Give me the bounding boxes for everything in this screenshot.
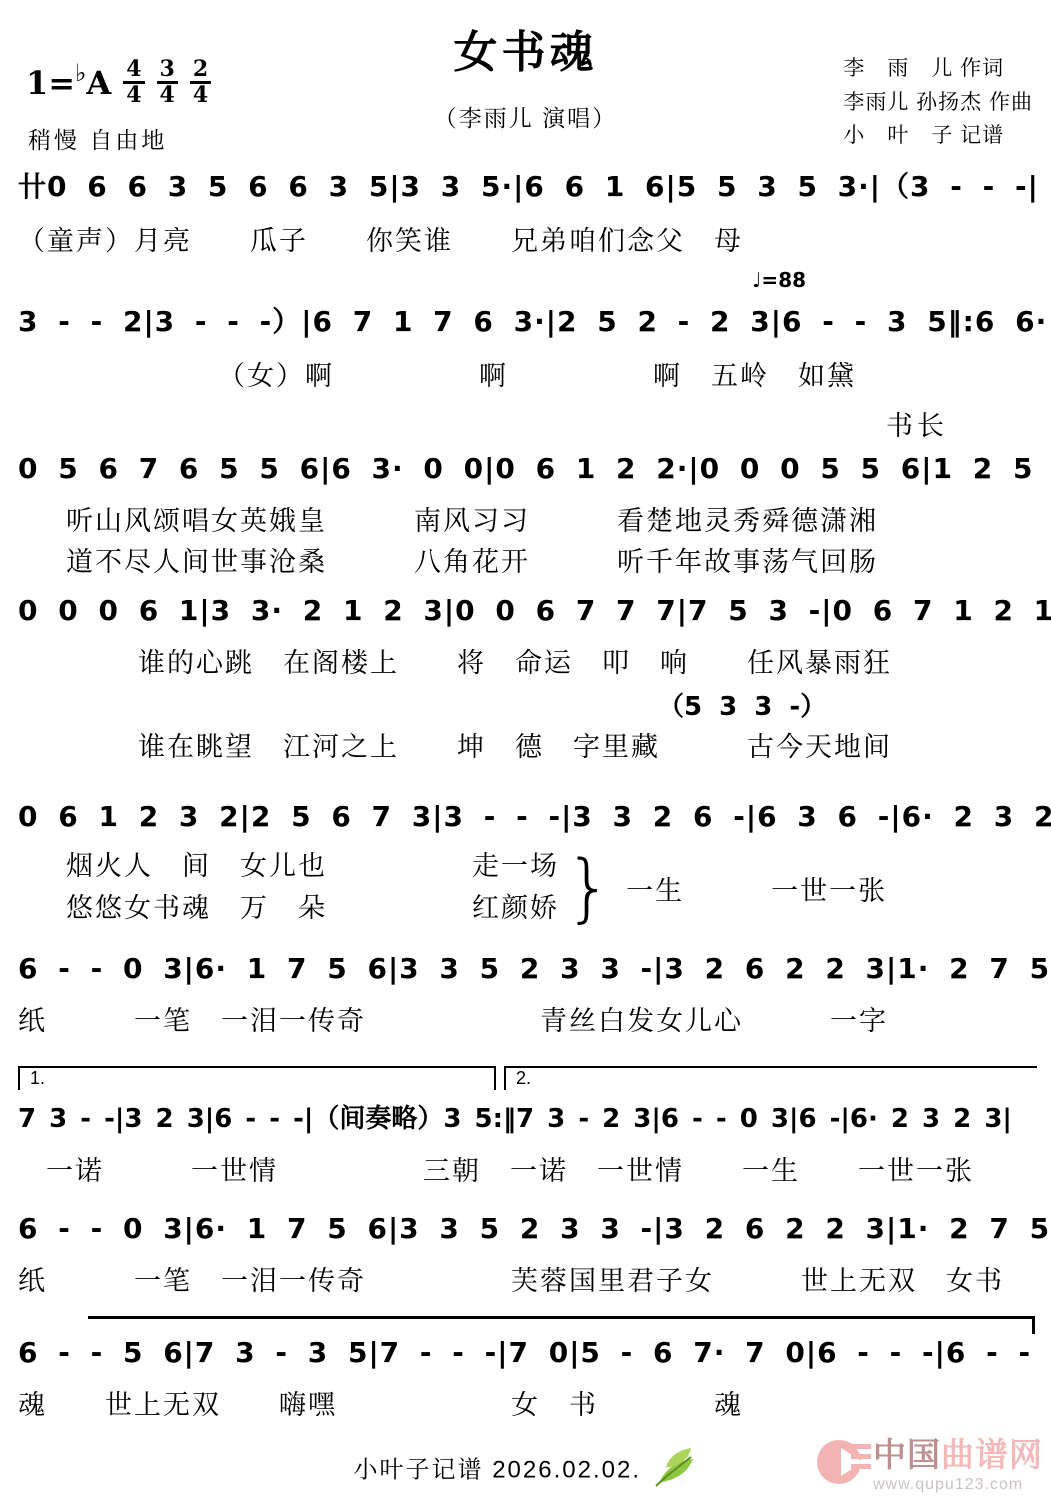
lyrics-line-verse2: 道不尽人间世事沧桑 八角花开 听千年故事荡气回肠 — [18, 540, 1037, 579]
site-name-secondary: 曲谱网 — [941, 1436, 1043, 1473]
lyrics-line-verse2: 谁在眺望 江河之上 坤 德 字里藏 古今天地间 — [18, 725, 1037, 764]
site-name-primary: 中国 — [873, 1436, 941, 1473]
music-system-4: 0 0 0 6 1|3 3· 2 1 2 3|0 0 6 7 7 7|7 5 3… — [18, 594, 1037, 764]
brace-glyph: } — [565, 845, 612, 931]
sheet-music-page: 女书魂 （李雨儿 演唱） 1=♭A 4 4 3 4 2 4 稍慢 自由地 李 雨… — [0, 0, 1051, 1501]
notes-line: 卄0 6 6 3 5 6 6 3 5|3 3 5·|6 6 1 6|5 5 3 … — [18, 165, 1037, 205]
lyrics-line: （女）啊 啊 啊 五岭 如黛 — [18, 354, 1037, 393]
lyrics-line-verse2: 悠悠女书魂 万 朵 红颜娇 — [66, 888, 559, 930]
volta-brackets: 1. 2. — [18, 1066, 1037, 1090]
music-system-7: 1. 2. 7 3 - -|3 2 3|6 - - -|（间奏略）3 5:‖7 … — [18, 1066, 1037, 1188]
metronome-mark: ♩=88 — [752, 268, 806, 292]
notes-line: 6 - - 5 6|7 3 - 3 5|7 - - -|7 0|5 - 6 7·… — [18, 1336, 1037, 1369]
music-system-8: 6 - - 0 3|6· 1 7 5 6|3 3 5 2 3 3 -|3 2 6… — [18, 1212, 1037, 1298]
lyrics-block: 烟火人 间 女儿也 走一场 悠悠女书魂 万 朵 红颜娇 } 一生 一世一张 — [18, 845, 1037, 931]
notes-line: 6 - - 0 3|6· 1 7 5 6|3 3 5 2 3 3 -|3 2 6… — [18, 952, 1037, 985]
site-watermark: 中国曲谱网 www.qupu123.com — [817, 1438, 1043, 1493]
music-system-3: 0 5 6 7 6 5 5 6|6 3· 0 0|0 6 1 2 2·|0 0 … — [18, 452, 1037, 579]
lyrics-line: （童声）月亮 瓜子 你笑谁 兄弟咱们念父 母 — [18, 219, 1037, 258]
lyrics-line: 魂 世上无双 嗨嘿 女 书 魂 — [18, 1383, 1037, 1422]
site-url: www.qupu123.com — [873, 1477, 1043, 1493]
composer-credit: 李雨儿 孙扬杰 作曲 — [843, 86, 1033, 120]
qupu-logo-icon — [817, 1438, 867, 1488]
lyrics-line-verse1: 谁的心跳 在阁楼上 将 命运 叩 响 任风暴雨狂 — [18, 641, 1037, 680]
lyrics-line: 一诺 一世情 三朝 一诺 一世情 一生 一世一张 — [18, 1149, 1037, 1188]
flat-icon: ♭ — [75, 58, 86, 87]
leaf-icon — [649, 1446, 697, 1488]
notes-line: 0 0 0 6 1|3 3· 2 1 2 3|0 0 6 7 7 7|7 5 3… — [18, 594, 1037, 627]
notes-line: 0 5 6 7 6 5 5 6|6 3· 0 0|0 6 1 2 2·|0 0 … — [18, 452, 1037, 485]
music-system-9: 6 - - 5 6|7 3 - 3 5|7 - - -|7 0|5 - 6 7·… — [18, 1316, 1037, 1422]
volta-2-bracket: 2. — [504, 1066, 1037, 1090]
credits-block: 李 雨 儿 作词 李雨儿 孙扬杰 作曲 小 叶 子 记谱 — [843, 52, 1033, 153]
transcription-credit: 小叶子记谱 2026.02.02. — [354, 1457, 641, 1484]
key-signature: 1=♭A 4 4 3 4 2 4 — [26, 58, 211, 107]
lyrics-line-verse1: 烟火人 间 女儿也 走一场 — [66, 846, 559, 888]
notes-line: 3 - - 2|3 - - -）|6 7 1 7 6 3·|2 5 2 - 2 … — [18, 300, 1037, 340]
lyrics-column: 烟火人 间 女儿也 走一场 悠悠女书魂 万 朵 红颜娇 — [66, 846, 559, 930]
inline-notes: （5 3 3 -） — [658, 686, 1037, 723]
volta-continuation-line — [88, 1316, 1035, 1334]
lyrics-line-verse2: 书长 — [886, 404, 948, 443]
notes-line: 0 6 1 2 3 2|2 5 6 7 3|3 - - -|3 3 2 6 -|… — [18, 800, 1037, 833]
key-letter: A — [86, 64, 111, 102]
music-system-5: 0 6 1 2 3 2|2 5 6 7 3|3 - - -|3 3 2 6 -|… — [18, 800, 1037, 931]
time-signature-1: 4 4 — [123, 58, 144, 107]
key-prefix: 1= — [26, 64, 75, 102]
music-system-6: 6 - - 0 3|6· 1 7 5 6|3 3 5 2 3 3 -|3 2 6… — [18, 952, 1037, 1038]
site-name-block: 中国曲谱网 www.qupu123.com — [873, 1438, 1043, 1493]
time-signature-2: 3 4 — [157, 58, 178, 107]
lyrics-line: 纸 一笔 一泪一传奇 芙蓉国里君子女 世上无双 女书 — [18, 1259, 1037, 1298]
music-system-1: 卄0 6 6 3 5 6 6 3 5|3 3 5·|6 6 1 6|5 5 3 … — [18, 165, 1037, 258]
time-signature-3: 2 4 — [190, 58, 211, 107]
volta-1-bracket: 1. — [18, 1066, 496, 1090]
lyricist-credit: 李 雨 儿 作词 — [843, 52, 1033, 86]
lyrics-line-verse1: 听山风颂唱女英娥皇 南风习习 看楚地灵秀舜德潇湘 — [18, 499, 1037, 538]
notes-line: 7 3 - -|3 2 3|6 - - -|（间奏略）3 5:‖7 3 - 2 … — [18, 1098, 1037, 1135]
notes-line: 6 - - 0 3|6· 1 7 5 6|3 3 5 2 3 3 -|3 2 6… — [18, 1212, 1037, 1245]
tempo-expression: 稍慢 自由地 — [28, 122, 167, 155]
shared-lyrics: 一生 一世一张 — [626, 869, 887, 908]
transcriber-credit: 小 叶 子 记谱 — [843, 119, 1033, 153]
music-system-2: 3 - - 2|3 - - -）|6 7 1 7 6 3·|2 5 2 - 2 … — [18, 300, 1037, 393]
lyrics-line: 纸 一笔 一泪一传奇 青丝白发女儿心 一字 — [18, 999, 1037, 1038]
